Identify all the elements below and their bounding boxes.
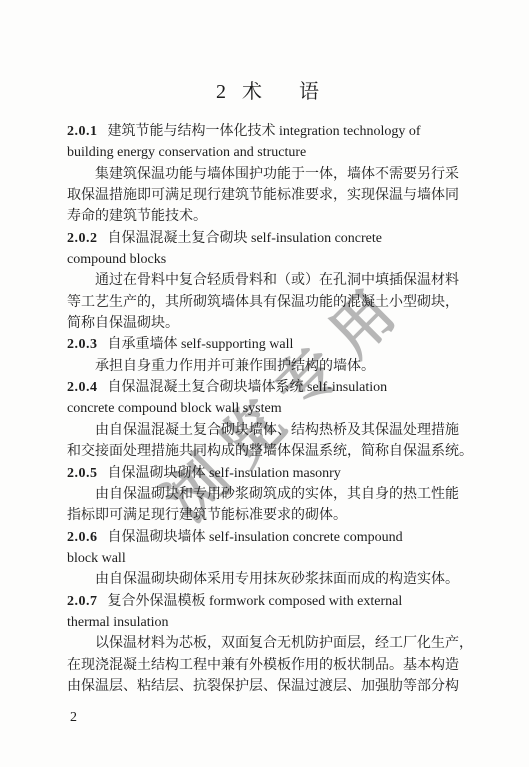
text-line: 以保温材料为芯板，双面复合无机防护面层，经工厂化生产，	[67, 633, 467, 654]
line-text: 简称自保温砌块。	[67, 316, 179, 331]
line-text: 由自保温砌块砌体采用专用抹灰砂浆抹面而成的构造实体。	[95, 572, 459, 587]
chapter-title-word: 术	[242, 75, 262, 104]
line-text: block wall	[67, 551, 126, 566]
text-line: 等工艺生产的，其所砌筑墙体具有保温功能的混凝土小型砌块，	[67, 292, 467, 313]
line-text: 和交接面处理措施共同构成的整墙体保温系统，简称自保温系统。	[67, 444, 473, 459]
term-number: 2.0.1	[67, 124, 98, 139]
text-line: block wall	[67, 548, 467, 569]
line-text: 以保温材料为芯板，双面复合无机防护面层，经工厂化生产，	[95, 636, 473, 651]
text-line: 寿命的建筑节能技术。	[67, 206, 467, 227]
page-number: 2	[70, 710, 77, 726]
line-text: 取保温措施即可满足现行建筑节能标准要求，实现保温与墙体同	[67, 188, 459, 203]
term-number: 2.0.5	[67, 466, 98, 481]
line-text: 在现浇混凝土结构工程中兼有外模板作用的板状制品。基本构造	[67, 658, 459, 673]
text-line: 承担自身重力作用并可兼作围护结构的墙体。	[67, 356, 467, 377]
term-number: 2.0.7	[67, 594, 98, 609]
term-line: 2.0.7复合外保温模板 formwork composed with exte…	[67, 591, 467, 612]
terms-body: 2.0.1建筑节能与结构一体化技术 integration technology…	[67, 121, 467, 697]
line-text: 由保温层、粘结层、抗裂保护层、保温过渡层、加强肋等部分构	[67, 679, 459, 694]
text-line: compound blocks	[67, 249, 467, 270]
text-line: 简称自保温砌块。	[67, 313, 467, 334]
text-line: 取保温措施即可满足现行建筑节能标准要求，实现保温与墙体同	[67, 185, 467, 206]
line-text: 建筑节能与结构一体化技术 integration technology of	[108, 124, 421, 139]
chapter-title-word: 语	[299, 75, 319, 104]
text-line: 由保温层、粘结层、抗裂保护层、保温过渡层、加强肋等部分构	[67, 676, 467, 697]
text-line: building energy conservation and structu…	[67, 142, 467, 163]
term-line: 2.0.1建筑节能与结构一体化技术 integration technology…	[67, 121, 467, 142]
line-text: 由自保温混凝土复合砌块墙体、结构热桥及其保温处理措施	[95, 423, 459, 438]
line-text: 自保温混凝土复合砌块墙体系统 self-insulation	[108, 380, 388, 395]
term-number: 2.0.6	[67, 530, 98, 545]
line-text: 指标即可满足现行建筑节能标准要求的砌体。	[67, 508, 347, 523]
line-text: 复合外保温模板 formwork composed with external	[108, 594, 403, 609]
chapter-title: 2 术 语	[6, 75, 529, 104]
text-line: 和交接面处理措施共同构成的整墙体保温系统，简称自保温系统。	[67, 441, 467, 462]
line-text: 自承重墙体 self-supporting wall	[108, 337, 294, 352]
term-line: 2.0.5自保温砌块砌体 self-insulation masonry	[67, 463, 467, 484]
term-line: 2.0.2自保温混凝土复合砌块 self-insulation concrete	[67, 228, 467, 249]
line-text: thermal insulation	[67, 615, 168, 630]
text-line: 由自保温砌块砌体采用专用抹灰砂浆抹面而成的构造实体。	[67, 569, 467, 590]
line-text: 通过在骨料中复合轻质骨料和（或）在孔洞中填插保温材料	[95, 273, 459, 288]
chapter-number: 2	[216, 81, 226, 104]
term-line: 2.0.6自保温砌块墙体 self-insulation concrete co…	[67, 527, 467, 548]
line-text: 等工艺生产的，其所砌筑墙体具有保温功能的混凝土小型砌块，	[67, 295, 459, 310]
line-text: 由自保温砌块和专用砂浆砌筑成的实体，其自身的热工性能	[95, 487, 459, 502]
text-line: concrete compound block wall system	[67, 398, 467, 419]
text-line: 由自保温混凝土复合砌块墙体、结构热桥及其保温处理措施	[67, 420, 467, 441]
text-line: 集建筑保温功能与墙体围护功能于一体，墙体不需要另行采	[67, 164, 467, 185]
text-line: 在现浇混凝土结构工程中兼有外模板作用的板状制品。基本构造	[67, 655, 467, 676]
term-line: 2.0.4自保温混凝土复合砌块墙体系统 self-insulation	[67, 377, 467, 398]
text-line: thermal insulation	[67, 612, 467, 633]
term-number: 2.0.2	[67, 231, 98, 246]
text-line: 指标即可满足现行建筑节能标准要求的砌体。	[67, 505, 467, 526]
term-number: 2.0.3	[67, 337, 98, 352]
line-text: 自保温砌块墙体 self-insulation concrete compoun…	[108, 530, 403, 545]
line-text: 承担自身重力作用并可兼作围护结构的墙体。	[95, 359, 375, 374]
line-text: compound blocks	[67, 252, 166, 267]
text-line: 由自保温砌块和专用砂浆砌筑成的实体，其自身的热工性能	[67, 484, 467, 505]
document-page: 浏览专用 2 术 语 2.0.1建筑节能与结构一体化技术 integration…	[0, 0, 529, 767]
line-text: 寿命的建筑节能技术。	[67, 209, 207, 224]
term-line: 2.0.3自承重墙体 self-supporting wall	[67, 334, 467, 355]
line-text: 自保温砌块砌体 self-insulation masonry	[108, 466, 341, 481]
text-line: 通过在骨料中复合轻质骨料和（或）在孔洞中填插保温材料	[67, 270, 467, 291]
line-text: concrete compound block wall system	[67, 401, 282, 416]
line-text: 自保温混凝土复合砌块 self-insulation concrete	[108, 231, 383, 246]
term-number: 2.0.4	[67, 380, 98, 395]
line-text: building energy conservation and structu…	[67, 145, 306, 160]
line-text: 集建筑保温功能与墙体围护功能于一体，墙体不需要另行采	[95, 167, 459, 182]
